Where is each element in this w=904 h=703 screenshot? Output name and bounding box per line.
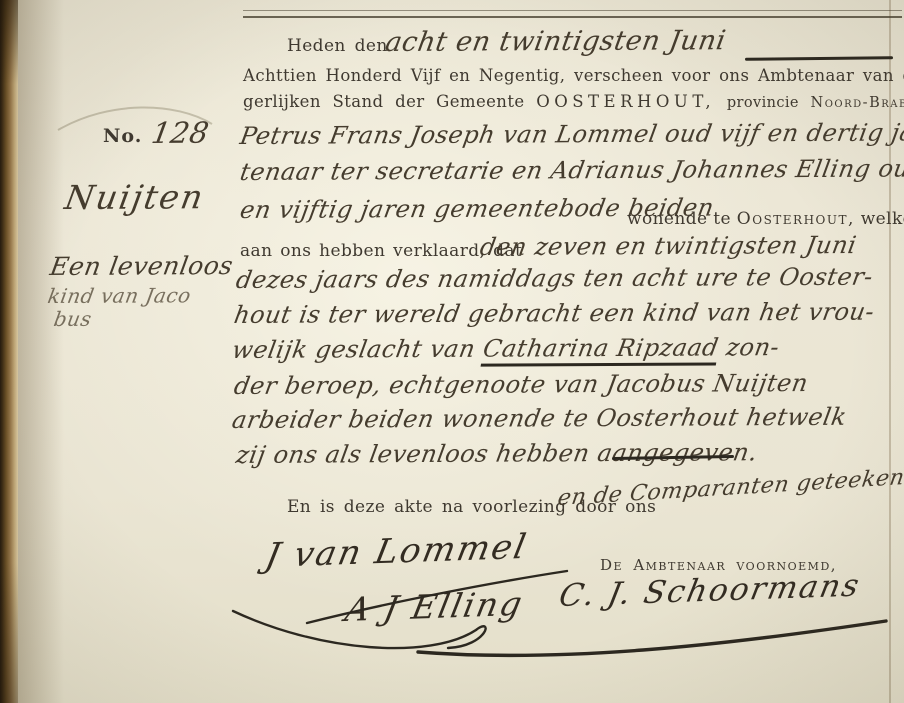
body-line-8: der beroep, echtgenoote van Jacobus Nuij… [232, 369, 810, 400]
body-line-7-suffix: zon- [724, 333, 782, 361]
binding-shadow [18, 0, 64, 703]
body-line-1: Petrus Frans Joseph van Lommel oud vijf … [238, 118, 904, 150]
body-line-4: den zeven en twintigsten Juni [478, 231, 859, 261]
date-fill-dash [745, 56, 893, 61]
body-line-2: tenaar ter secretarie en Adrianus Johann… [238, 154, 904, 186]
mother-name: Catharina Ripzaad [480, 333, 721, 366]
signature-schoormans: C. J. Schoormans [556, 568, 864, 614]
body-line-7-prefix: welijk geslacht van [230, 335, 478, 364]
signature-van-lommel: J van Lommel [262, 527, 531, 576]
register-page-scan: No. 128 Nuijten Een levenloos kind van J… [0, 0, 904, 703]
wonende-city: Oosterhout, [737, 209, 855, 229]
act-number-value: 128 [149, 116, 212, 150]
margin-note-line-1: Een levenloos [48, 251, 235, 281]
top-double-rule [243, 10, 902, 18]
body-line-7: welijk geslacht van Catharina Ripzaad zo… [230, 333, 782, 364]
wonende-prefix: wonende te [627, 209, 731, 229]
margin-family-name: Nuijten [62, 177, 208, 217]
book-binding-edge [0, 0, 18, 703]
printed-year-line: Achttien Honderd Vijf en Negentig, versc… [243, 66, 904, 85]
body-line-5: dezes jaars des namiddags ten acht ure t… [234, 263, 875, 294]
handwritten-date: acht en twintigsten Juni [383, 25, 728, 58]
body-line-6: hout is ter wereld gebracht een kind van… [232, 298, 877, 329]
gemeente-prefix: gerlijken Stand der Gemeente [243, 92, 525, 111]
wonende-suffix: welke [861, 209, 904, 229]
closing-insert: en de Comparanten geteekend [556, 464, 904, 511]
body-line-9: arbeider beiden wonende te Oosterhout he… [230, 403, 849, 434]
province-name: Noord-Brabant, [811, 95, 904, 111]
printed-wonende-line: wonende te Oosterhout, welke [627, 209, 904, 229]
printed-gemeente-line: gerlijken Stand der Gemeente OOSTERHOUT,… [243, 92, 904, 111]
province-word: provincie [727, 95, 799, 111]
margin-note-line-3: bus [52, 307, 94, 331]
municipality-name: OOSTERHOUT, [536, 92, 715, 111]
schoormans-underline-flourish [418, 621, 886, 655]
printed-heden-den: Heden den [287, 36, 388, 56]
body-line-10: zij ons als levenloos hebben aangegeven. [234, 438, 760, 469]
margin-note-line-2: kind van Jaco [46, 283, 193, 308]
act-number-label: No. [103, 125, 142, 147]
signature-elling: A J Elling [342, 584, 527, 629]
